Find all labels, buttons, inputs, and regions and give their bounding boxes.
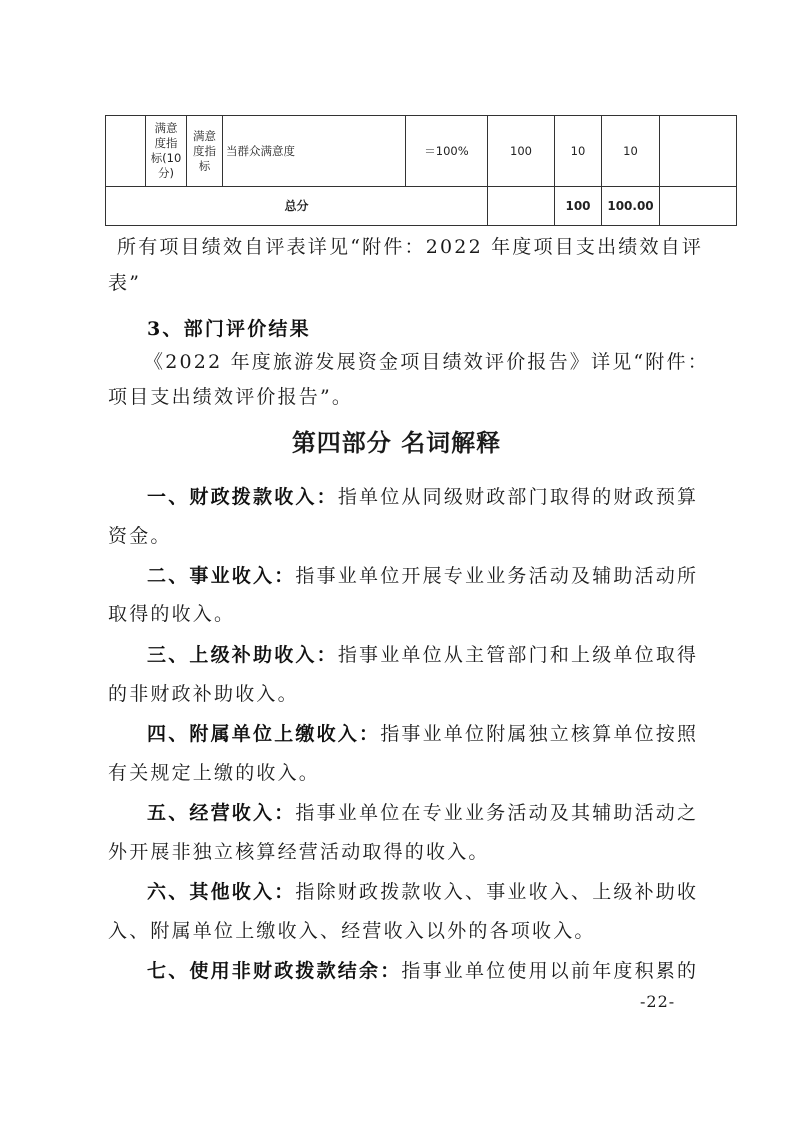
document-page: 满意度指标(10分) 满意度指标 当群众满意度 ＝100% 100 10 10 … [0,0,793,1122]
term-line: 二、事业收入：指事业单位开展专业业务活动及辅助活动所 [147,567,729,586]
term-line: 三、上级补助收入：指事业单位从主管部门和上级单位取得 [147,646,729,665]
total-score: 100.00 [602,187,660,226]
table-cell-indicator-l3: 当群众满意度 [223,116,406,187]
term-line: 七、使用非财政拨款结余：指事业单位使用以前年度积累的 [147,962,729,981]
total-weight: 100 [555,187,602,226]
table-cell-score: 10 [602,116,660,187]
paragraph-line: 项目支出绩效评价报告”。 [108,388,690,407]
total-label: 总分 [106,187,488,226]
performance-table: 满意度指标(10分) 满意度指标 当群众满意度 ＝100% 100 10 10 … [105,115,737,226]
term-line: 四、附属单位上缴收入：指事业单位附属独立核算单位按照 [147,725,729,744]
term-label: 三、上级补助收入： [147,644,338,666]
term-label: 六、其他收入： [147,881,295,903]
table-cell-target: ＝100% [406,116,488,187]
total-note [660,187,737,226]
term-line: 一、财政拨款收入：指单位从同级财政部门取得的财政预算 [147,488,729,507]
term-definition: 指单位从同级财政部门取得的财政预算 [338,486,698,508]
table-cell-indicator-l1: 满意度指标(10分) [146,116,187,187]
term-label: 二、事业收入： [147,565,295,587]
term-line: 取得的收入。 [108,605,690,624]
paragraph-line: 表” [108,274,690,293]
term-definition: 指事业单位使用以前年度积累的 [401,960,698,982]
term-line: 外开展非独立核算经营活动取得的收入。 [108,843,690,862]
table-row-total: 总分 100 100.00 [106,187,737,226]
total-actual [488,187,555,226]
term-definition: 指事业单位附属独立核算单位按照 [380,723,698,745]
term-line: 五、经营收入：指事业单位在专业业务活动及其辅助活动之 [147,804,729,823]
paragraph-line: 《2022 年度旅游发展资金项目绩效评价报告》详见“附件： [144,353,726,372]
term-label: 四、附属单位上缴收入： [147,723,380,745]
table-cell-actual: 100 [488,116,555,187]
term-label: 七、使用非财政拨款结余： [147,960,401,982]
term-definition: 指事业单位在专业业务活动及其辅助活动之 [295,802,698,824]
table-row: 满意度指标(10分) 满意度指标 当群众满意度 ＝100% 100 10 10 [106,116,737,187]
paragraph-line: 所有项目绩效自评表详见“附件：2022 年度项目支出绩效自评 [117,238,699,257]
term-label: 一、财政拨款收入： [147,486,338,508]
term-line: 入、附属单位上缴收入、经营收入以外的各项收入。 [108,922,690,941]
term-definition: 指事业单位从主管部门和上级单位取得 [338,644,698,666]
table-cell-empty [106,116,146,187]
term-line: 有关规定上缴的收入。 [108,764,690,783]
term-line: 六、其他收入：指除财政拨款收入、事业收入、上级补助收 [147,883,729,902]
section-title: 3、部门评价结果 [147,320,729,339]
term-definition: 指除财政拨款收入、事业收入、上级补助收 [295,881,698,903]
section-heading: 第四部分 名词解释 [0,423,793,458]
page-number: -22- [640,992,675,1011]
term-definition: 指事业单位开展专业业务活动及辅助活动所 [295,565,698,587]
term-label: 五、经营收入： [147,802,295,824]
term-line: 资金。 [108,527,690,546]
term-line: 的非财政补助收入。 [108,685,690,704]
table-cell-indicator-l2: 满意度指标 [187,116,223,187]
table-cell-weight: 10 [555,116,602,187]
table-cell-note [660,116,737,187]
